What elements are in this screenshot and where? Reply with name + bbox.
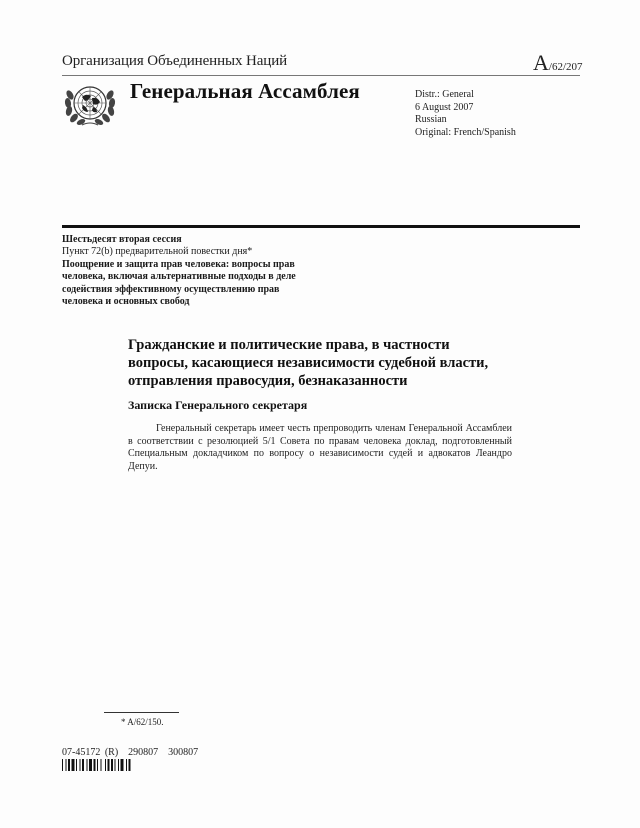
agenda-topic: Поощрение и защита прав человека: вопрос… xyxy=(62,259,322,309)
header-rule xyxy=(62,75,580,76)
original-language: Original: French/Spanish xyxy=(415,127,516,140)
document-title: Гражданские и политические права, в част… xyxy=(128,336,528,390)
symbol-letter: A xyxy=(533,50,549,75)
document-symbol: A/62/207 xyxy=(533,50,583,76)
organization-name: Организация Объединенных Наций xyxy=(62,53,287,70)
issue-date: 290807 xyxy=(128,747,158,758)
un-emblem-icon xyxy=(64,81,116,127)
footnote: * A/62/150. xyxy=(121,717,164,727)
body-paragraph: Генеральный секретарь имеет честь препро… xyxy=(128,423,512,473)
note-title: Записка Генерального секретаря xyxy=(128,398,307,413)
document-language: Russian xyxy=(415,114,516,127)
footnote-rule xyxy=(104,712,179,713)
assembly-title: Генеральная Ассамблея xyxy=(130,79,360,104)
document-date: 6 August 2007 xyxy=(415,102,516,115)
section-rule xyxy=(62,225,580,228)
agenda-block: Шестьдесят вторая сессия Пункт 72(b) пре… xyxy=(62,234,322,308)
title-line: отправления правосудия, безнаказанности xyxy=(128,372,528,390)
symbol-number: /62/207 xyxy=(549,61,583,73)
distribution-type: Distr.: General xyxy=(415,89,516,102)
job-number-line: 07-45172 (R)290807300807 xyxy=(62,747,208,758)
distribution-block: Distr.: General 6 August 2007 Russian Or… xyxy=(415,89,516,139)
agenda-item: Пункт 72(b) предварительной повестки дня… xyxy=(62,246,322,258)
title-line: Гражданские и политические права, в част… xyxy=(128,336,528,354)
print-date: 300807 xyxy=(168,747,198,758)
title-line: вопросы, касающиеся независимости судебн… xyxy=(128,354,528,372)
barcode-icon xyxy=(62,759,168,771)
session-label: Шестьдесят вторая сессия xyxy=(62,234,322,246)
job-number: 07-45172 (R) xyxy=(62,747,118,758)
